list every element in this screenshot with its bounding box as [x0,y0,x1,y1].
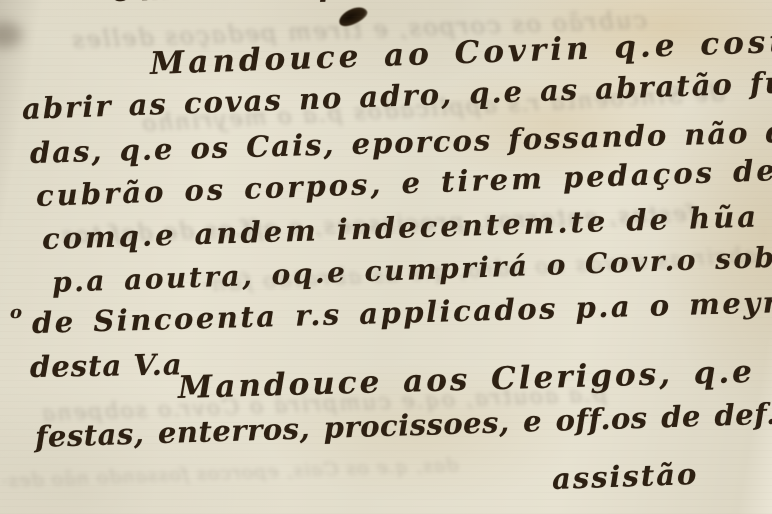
cut-top-line-fragment: emitio p o q im g [112,0,682,9]
ink-bleed-through: das, q.e os Cais, eporcos fossando não d… [0,454,459,492]
margin-mark: o [10,302,22,323]
ink-blot [336,4,369,29]
handwritten-line-9: Mandouce aos Clerigos, q.e nas [177,351,772,406]
handwritten-line-10: festas, enterros, procissoes, e off.os d… [34,395,772,454]
manuscript-page: cubrão os corpos, e tirem pedaços delles… [0,0,772,514]
handwritten-line-8: desta V.a [30,347,183,384]
handwritten-line-11: assistão [551,457,698,496]
edge-smudge [0,22,22,48]
